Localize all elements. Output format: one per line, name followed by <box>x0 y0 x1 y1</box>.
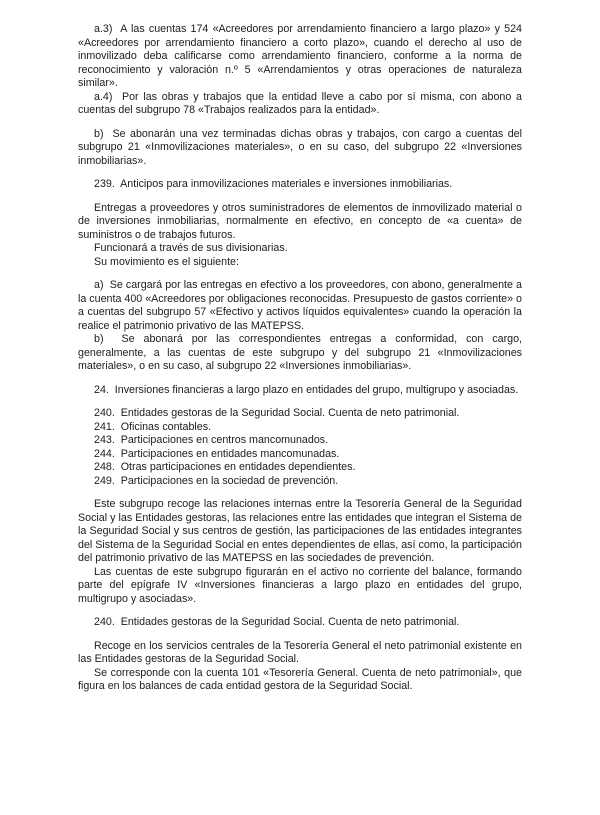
paragraph-movimiento: Su movimiento es el siguiente: <box>78 256 522 270</box>
paragraph-a-cargara: a) Se cargará por las entregas en efecti… <box>78 279 522 333</box>
list-item-244: 244. Participaciones en entidades mancom… <box>94 448 522 462</box>
paragraph-funcionara: Funcionará a través de sus divisionarias… <box>78 242 522 256</box>
heading-subgroup-24: 24. Inversiones financieras a largo plaz… <box>78 384 522 398</box>
list-item-241: 241. Oficinas contables. <box>94 421 522 435</box>
list-item-248: 248. Otras participaciones en entidades … <box>94 461 522 475</box>
heading-account-239: 239. Anticipos para inmovilizaciones mat… <box>78 178 522 192</box>
document-page: a.3) A las cuentas 174 «Acreedores por a… <box>0 0 600 815</box>
paragraph-entregas: Entregas a proveedores y otros suministr… <box>78 202 522 243</box>
paragraph-las-cuentas: Las cuentas de este subgrupo figurarán e… <box>78 566 522 607</box>
paragraph-a4: a.4) Por las obras y trabajos que la ent… <box>78 91 522 118</box>
heading-account-240: 240. Entidades gestoras de la Seguridad … <box>78 616 522 630</box>
paragraph-este-subgrupo: Este subgrupo recoge las relaciones inte… <box>78 498 522 566</box>
paragraph-b-abonara: b) Se abonará por las correspondientes e… <box>78 333 522 374</box>
list-item-240: 240. Entidades gestoras de la Seguridad … <box>94 407 522 421</box>
paragraph-a3: a.3) A las cuentas 174 «Acreedores por a… <box>78 23 522 91</box>
list-item-249: 249. Participaciones en la sociedad de p… <box>94 475 522 489</box>
paragraph-se-corresponde: Se corresponde con la cuenta 101 «Tesore… <box>78 667 522 694</box>
paragraph-recoge: Recoge en los servicios centrales de la … <box>78 640 522 667</box>
list-item-243: 243. Participaciones en centros mancomun… <box>94 434 522 448</box>
paragraph-b: b) Se abonarán una vez terminadas dichas… <box>78 128 522 169</box>
